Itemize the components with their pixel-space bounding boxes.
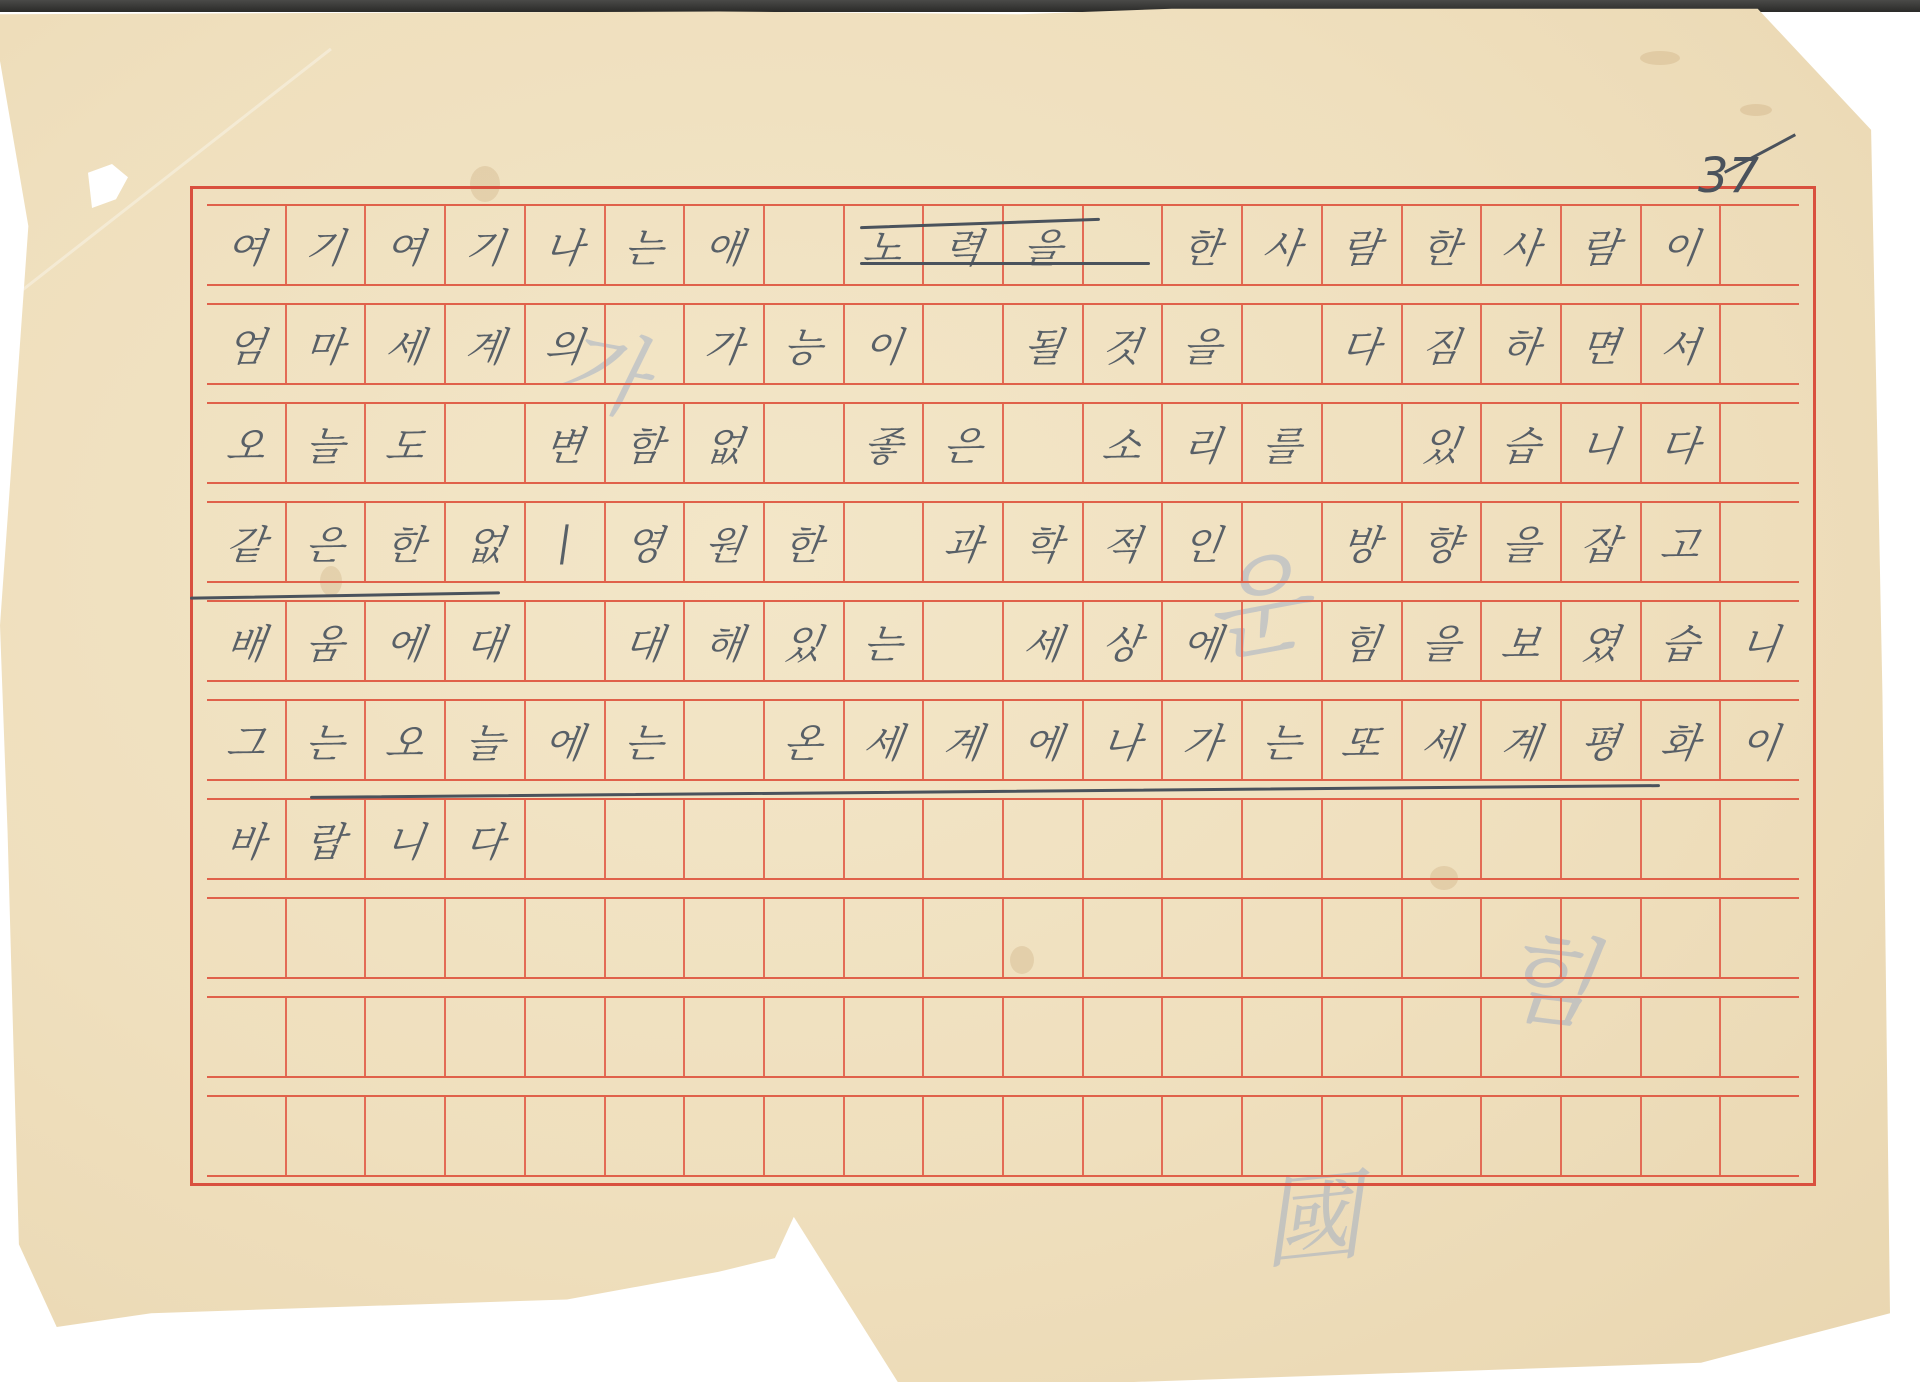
grid-cell: 될 <box>1004 305 1084 383</box>
handwritten-character: 이 <box>1737 712 1784 769</box>
handwritten-character: 대 <box>621 613 668 670</box>
handwritten-character: 에 <box>541 712 588 769</box>
grid-cell <box>765 899 845 977</box>
handwritten-character: 세 <box>382 316 429 373</box>
handwritten-character: 한 <box>382 514 429 571</box>
handwritten-character: 있 <box>1418 415 1465 472</box>
handwritten-character: 사 <box>1259 217 1306 274</box>
handwritten-character: 없 <box>701 415 748 472</box>
handwritten-character: 는 <box>302 712 349 769</box>
grid-cell <box>1004 404 1084 482</box>
grid-row-1: 여기여기나는애노력을한사람한사람이 <box>207 204 1799 286</box>
grid-row-5: 배움에대대해있는세상에힘을보였습니 <box>207 600 1799 682</box>
handwritten-character: 는 <box>860 613 907 670</box>
grid-cell: 여 <box>207 206 287 284</box>
grid-cell: 오 <box>207 404 287 482</box>
grid-cell: 니 <box>1562 404 1642 482</box>
handwritten-character: 향 <box>1418 514 1465 571</box>
grid-cell: 해 <box>685 602 765 680</box>
grid-cell: 엄 <box>207 305 287 383</box>
handwritten-character: 잡 <box>1577 514 1624 571</box>
grid-cell <box>1721 404 1799 482</box>
grid-cell <box>606 305 686 383</box>
handwritten-character: 화 <box>1657 712 1704 769</box>
grid-cell <box>845 1097 925 1175</box>
grid-cell: 향 <box>1403 503 1483 581</box>
handwritten-character: 세 <box>860 712 907 769</box>
grid-cell: 서 <box>1642 305 1722 383</box>
grid-cell <box>207 899 287 977</box>
grid-cell <box>1243 800 1323 878</box>
grid-cell: 에 <box>1163 602 1243 680</box>
handwritten-character: | <box>555 519 575 565</box>
grid-cell <box>1562 998 1642 1076</box>
handwritten-character: 계 <box>940 712 987 769</box>
handwritten-character: 을 <box>1179 316 1226 373</box>
grid-cell <box>1721 800 1799 878</box>
grid-row-7: 바랍니다 <box>207 798 1799 880</box>
grid-cell: 의 <box>526 305 606 383</box>
grid-cell: 원 <box>685 503 765 581</box>
grid-cell: 것 <box>1084 305 1164 383</box>
grid-cell: 는 <box>606 701 686 779</box>
handwritten-character: 나 <box>541 217 588 274</box>
grid-cell: 있 <box>1403 404 1483 482</box>
handwritten-character: 한 <box>780 514 827 571</box>
grid-cell: 이 <box>845 305 925 383</box>
handwritten-character: 람 <box>1338 217 1385 274</box>
grid-cell <box>366 899 446 977</box>
handwritten-character: 을 <box>1418 613 1465 670</box>
handwritten-character: 없 <box>462 514 509 571</box>
grid-cell: 잡 <box>1562 503 1642 581</box>
grid-cell <box>606 1097 686 1175</box>
grid-cell: 늘 <box>446 701 526 779</box>
grid-cell: 과 <box>924 503 1004 581</box>
grid-cell <box>1323 800 1403 878</box>
grid-cell <box>924 1097 1004 1175</box>
grid-cell <box>685 899 765 977</box>
handwritten-character: 함 <box>621 415 668 472</box>
handwritten-character: 세 <box>1418 712 1465 769</box>
manuscript-grid: 여기여기나는애노력을한사람한사람이 엄마세계의가능이될것을다짐하면서 오늘도변함… <box>190 186 1816 1186</box>
grid-cell: 면 <box>1562 305 1642 383</box>
grid-cell <box>1403 899 1483 977</box>
handwritten-character: 능 <box>780 316 827 373</box>
grid-cell <box>1004 1097 1084 1175</box>
grid-cell: 세 <box>1403 701 1483 779</box>
handwritten-character: 고 <box>1657 514 1704 571</box>
handwritten-character: 계 <box>1498 712 1545 769</box>
grid-cell: 가 <box>1163 701 1243 779</box>
grid-cell <box>287 899 367 977</box>
grid-cell: 기 <box>446 206 526 284</box>
grid-cell <box>446 404 526 482</box>
handwritten-character: 움 <box>302 613 349 670</box>
handwritten-character: 상 <box>1099 613 1146 670</box>
grid-cell <box>366 998 446 1076</box>
handwritten-character: 리 <box>1179 415 1226 472</box>
grid-cell: 화 <box>1642 701 1722 779</box>
grid-cell: 도 <box>366 404 446 482</box>
handwritten-character: 은 <box>302 514 349 571</box>
grid-cell: 짐 <box>1403 305 1483 383</box>
handwritten-character: 나 <box>1099 712 1146 769</box>
grid-cell <box>1482 1097 1562 1175</box>
grid-cell <box>1642 1097 1722 1175</box>
grid-cell: 있 <box>765 602 845 680</box>
grid-cell: 이 <box>1642 206 1722 284</box>
grid-cell: 랍 <box>287 800 367 878</box>
handwritten-character: 짐 <box>1418 316 1465 373</box>
grid-cell <box>366 1097 446 1175</box>
grid-cell <box>1403 800 1483 878</box>
handwritten-character: 또 <box>1338 712 1385 769</box>
grid-cell <box>1084 899 1164 977</box>
grid-cell: 대 <box>446 602 526 680</box>
handwritten-character: 대 <box>462 613 509 670</box>
grid-cell: 나 <box>1084 701 1164 779</box>
grid-cell <box>1163 998 1243 1076</box>
handwritten-character: 배 <box>223 613 270 670</box>
grid-cell <box>526 800 606 878</box>
handwritten-character: 는 <box>621 712 668 769</box>
grid-cell: 다 <box>1642 404 1722 482</box>
handwritten-character: 다 <box>462 811 509 868</box>
grid-cell: 좋 <box>845 404 925 482</box>
grid-cell: 계 <box>446 305 526 383</box>
grid-cell <box>207 998 287 1076</box>
grid-cell <box>765 998 845 1076</box>
handwritten-character: 해 <box>701 613 748 670</box>
grid-cell <box>1323 1097 1403 1175</box>
grid-cell: 늘 <box>287 404 367 482</box>
grid-cell: 또 <box>1323 701 1403 779</box>
grid-cell <box>765 800 845 878</box>
handwritten-character: 면 <box>1577 316 1624 373</box>
handwritten-character: 하 <box>1498 316 1545 373</box>
grid-row-8 <box>207 897 1799 979</box>
grid-cell <box>845 998 925 1076</box>
grid-cell: 적 <box>1084 503 1164 581</box>
grid-cell: 이 <box>1721 701 1799 779</box>
grid-cell: 다 <box>1323 305 1403 383</box>
grid-cell: 여 <box>366 206 446 284</box>
grid-cell <box>1323 404 1403 482</box>
grid-cell <box>1403 998 1483 1076</box>
handwritten-character: 그 <box>223 712 270 769</box>
grid-cell: 을 <box>1403 602 1483 680</box>
handwritten-character: 이 <box>1657 217 1704 274</box>
grid-cell: 같 <box>207 503 287 581</box>
handwritten-character: 같 <box>223 514 270 571</box>
handwritten-character: 한 <box>1179 217 1226 274</box>
grid-cell: 람 <box>1323 206 1403 284</box>
grid-cell <box>1482 899 1562 977</box>
handwritten-character: 니 <box>1577 415 1624 472</box>
grid-cell: 사 <box>1482 206 1562 284</box>
grid-cell: 가 <box>685 305 765 383</box>
grid-cell: 을 <box>1482 503 1562 581</box>
grid-cell <box>1721 305 1799 383</box>
handwritten-character: 엄 <box>223 316 270 373</box>
grid-cell <box>685 701 765 779</box>
grid-cell: 애 <box>685 206 765 284</box>
handwritten-character: 에 <box>1020 712 1067 769</box>
handwritten-character: 다 <box>1657 415 1704 472</box>
handwritten-character: 것 <box>1099 316 1146 373</box>
handwritten-character: 니 <box>1737 613 1784 670</box>
grid-cell <box>1721 1097 1799 1175</box>
grid-cell <box>924 800 1004 878</box>
handwritten-character: 기 <box>462 217 509 274</box>
handwritten-character: 은 <box>940 415 987 472</box>
grid-cell <box>1721 206 1799 284</box>
handwritten-character: 오 <box>223 415 270 472</box>
grid-cell: 니 <box>366 800 446 878</box>
grid-cell: 다 <box>446 800 526 878</box>
handwritten-character: 는 <box>1259 712 1306 769</box>
grid-cell: 한 <box>1403 206 1483 284</box>
grid-cell <box>1163 899 1243 977</box>
handwritten-character: 애 <box>701 217 748 274</box>
handwritten-character: 가 <box>1179 712 1226 769</box>
handwritten-character: 를 <box>1259 415 1306 472</box>
grid-cell: 사 <box>1243 206 1323 284</box>
handwritten-character: 소 <box>1099 415 1146 472</box>
handwritten-character: 바 <box>223 811 270 868</box>
grid-cell: 계 <box>924 701 1004 779</box>
grid-cell <box>207 1097 287 1175</box>
grid-row-6: 그는오늘에는온세계에나가는또세계평화이 <box>207 699 1799 781</box>
grid-cell: 배 <box>207 602 287 680</box>
handwritten-character: 서 <box>1657 316 1704 373</box>
grid-cell: 바 <box>207 800 287 878</box>
handwritten-character: 다 <box>1338 316 1385 373</box>
handwritten-character: 도 <box>382 415 429 472</box>
grid-cell: 력 <box>924 206 1004 284</box>
grid-cell: 그 <box>207 701 287 779</box>
grid-row-9 <box>207 996 1799 1078</box>
handwritten-character: 적 <box>1099 514 1146 571</box>
grid-cell <box>1163 1097 1243 1175</box>
grid-cell: 세 <box>1004 602 1084 680</box>
grid-row-10 <box>207 1095 1799 1177</box>
grid-cell <box>526 899 606 977</box>
handwritten-character: 될 <box>1020 316 1067 373</box>
grid-cell: 를 <box>1243 404 1323 482</box>
strikethrough-row1 <box>860 262 1150 265</box>
grid-cell: 대 <box>606 602 686 680</box>
grid-cell <box>1721 998 1799 1076</box>
grid-cell <box>1721 899 1799 977</box>
grid-cell <box>1243 305 1323 383</box>
grid-cell <box>1403 1097 1483 1175</box>
grid-cell: 노 <box>845 206 925 284</box>
grid-cell: 한 <box>1163 206 1243 284</box>
handwritten-character: 여 <box>382 217 429 274</box>
grid-cell <box>1642 998 1722 1076</box>
grid-cell <box>765 206 845 284</box>
grid-cell: 한 <box>366 503 446 581</box>
handwritten-character: 오 <box>382 712 429 769</box>
grid-cell: 람 <box>1562 206 1642 284</box>
handwritten-character: 에 <box>1179 613 1226 670</box>
handwritten-character: 이 <box>860 316 907 373</box>
grid-cell: 능 <box>765 305 845 383</box>
grid-cell: 세 <box>845 701 925 779</box>
handwritten-character: 있 <box>780 613 827 670</box>
grid-row-3: 오늘도변함없좋은소리를있습니다 <box>207 402 1799 484</box>
grid-cell <box>287 1097 367 1175</box>
grid-cell: 방 <box>1323 503 1403 581</box>
grid-cell: 변 <box>526 404 606 482</box>
grid-cell <box>1004 899 1084 977</box>
grid-cell <box>1323 998 1403 1076</box>
grid-cell: 였 <box>1562 602 1642 680</box>
grid-cell <box>924 998 1004 1076</box>
grid-cell: 은 <box>287 503 367 581</box>
handwritten-character: 좋 <box>860 415 907 472</box>
grid-cell <box>845 503 925 581</box>
handwritten-character: 세 <box>1020 613 1067 670</box>
grid-cell: 인 <box>1163 503 1243 581</box>
grid-cell: 평 <box>1562 701 1642 779</box>
grid-cell: 는 <box>845 602 925 680</box>
handwritten-character: 습 <box>1498 415 1545 472</box>
grid-cell: 계 <box>1482 701 1562 779</box>
grid-cell <box>606 800 686 878</box>
handwritten-character: 의 <box>541 316 588 373</box>
grid-cell <box>1084 1097 1164 1175</box>
grid-cell: 학 <box>1004 503 1084 581</box>
grid-cell: 힘 <box>1323 602 1403 680</box>
grid-cell: 는 <box>606 206 686 284</box>
foxing-stain <box>1640 51 1680 65</box>
handwritten-character: 인 <box>1179 514 1226 571</box>
grid-cell: 없 <box>685 404 765 482</box>
handwritten-character: 온 <box>780 712 827 769</box>
handwritten-character: 방 <box>1338 514 1385 571</box>
grid-cell <box>446 1097 526 1175</box>
handwritten-character: 늘 <box>302 415 349 472</box>
handwritten-character: 사 <box>1498 217 1545 274</box>
grid-cell <box>1243 899 1323 977</box>
handwritten-character: 과 <box>940 514 987 571</box>
grid-cell <box>446 998 526 1076</box>
handwritten-character: 여 <box>223 217 270 274</box>
grid-cell <box>845 800 925 878</box>
grid-row-4: 같은한없|영원한과학적인방향을잡고 <box>207 501 1799 583</box>
grid-cell: 보 <box>1482 602 1562 680</box>
grid-bottom-rule <box>193 1183 1813 1186</box>
handwritten-character: 마 <box>302 316 349 373</box>
grid-cell <box>765 1097 845 1175</box>
handwritten-character: 평 <box>1577 712 1624 769</box>
grid-cell: 기 <box>287 206 367 284</box>
grid-cell: 습 <box>1642 602 1722 680</box>
handwritten-character: 원 <box>701 514 748 571</box>
grid-cell: 을 <box>1004 206 1084 284</box>
handwritten-character: 가 <box>701 316 748 373</box>
grid-cell: 은 <box>924 404 1004 482</box>
handwritten-character: 습 <box>1657 613 1704 670</box>
grid-cell <box>1562 899 1642 977</box>
grid-cell <box>1243 1097 1323 1175</box>
grid-top-rule <box>193 186 1813 189</box>
grid-cell <box>287 998 367 1076</box>
grid-cell <box>1482 800 1562 878</box>
handwritten-character: 늘 <box>462 712 509 769</box>
handwritten-character: 학 <box>1020 514 1067 571</box>
handwritten-character: 한 <box>1418 217 1465 274</box>
grid-cell <box>924 602 1004 680</box>
grid-cell: 습 <box>1482 404 1562 482</box>
grid-cell <box>1084 800 1164 878</box>
handwritten-character: 영 <box>621 514 668 571</box>
grid-cell <box>1642 899 1722 977</box>
grid-cell: 는 <box>1243 701 1323 779</box>
grid-cell <box>526 1097 606 1175</box>
grid-row-2: 엄마세계의가능이될것을다짐하면서 <box>207 303 1799 385</box>
grid-cell: 없 <box>446 503 526 581</box>
grid-cell: 나 <box>526 206 606 284</box>
grid-cell <box>1004 998 1084 1076</box>
paper-tear-hole <box>88 164 128 208</box>
foxing-stain <box>1740 104 1772 116</box>
grid-cell <box>606 998 686 1076</box>
handwritten-character: 니 <box>382 811 429 868</box>
grid-cell <box>1323 899 1403 977</box>
grid-cell: 함 <box>606 404 686 482</box>
handwritten-character: 랍 <box>302 811 349 868</box>
grid-cell: 에 <box>1004 701 1084 779</box>
handwritten-character: 는 <box>621 217 668 274</box>
handwritten-character: 을 <box>1498 514 1545 571</box>
handwritten-character: 보 <box>1498 613 1545 670</box>
grid-cell <box>1163 800 1243 878</box>
grid-cell: 에 <box>526 701 606 779</box>
grid-cell <box>1243 602 1323 680</box>
grid-cell: 는 <box>287 701 367 779</box>
grid-cell: 온 <box>765 701 845 779</box>
grid-cell <box>845 899 925 977</box>
grid-cell: 니 <box>1721 602 1799 680</box>
grid-cell: 고 <box>1642 503 1722 581</box>
grid-cell <box>1721 503 1799 581</box>
grid-cell: 상 <box>1084 602 1164 680</box>
grid-cell: 영 <box>606 503 686 581</box>
grid-cell <box>1004 800 1084 878</box>
grid-cell <box>765 404 845 482</box>
grid-cell: 한 <box>765 503 845 581</box>
grid-cell <box>526 602 606 680</box>
grid-cell <box>924 305 1004 383</box>
grid-cell <box>1482 998 1562 1076</box>
grid-cell: 하 <box>1482 305 1562 383</box>
grid-cell <box>606 899 686 977</box>
grid-cell <box>1243 503 1323 581</box>
handwritten-character: 힘 <box>1338 613 1385 670</box>
handwritten-character: 계 <box>462 316 509 373</box>
handwritten-character: 였 <box>1577 613 1624 670</box>
grid-cell <box>685 800 765 878</box>
handwritten-character: 변 <box>541 415 588 472</box>
grid-cell <box>1243 998 1323 1076</box>
handwritten-character: 기 <box>302 217 349 274</box>
handwritten-character: 람 <box>1577 217 1624 274</box>
grid-cell: 소 <box>1084 404 1164 482</box>
